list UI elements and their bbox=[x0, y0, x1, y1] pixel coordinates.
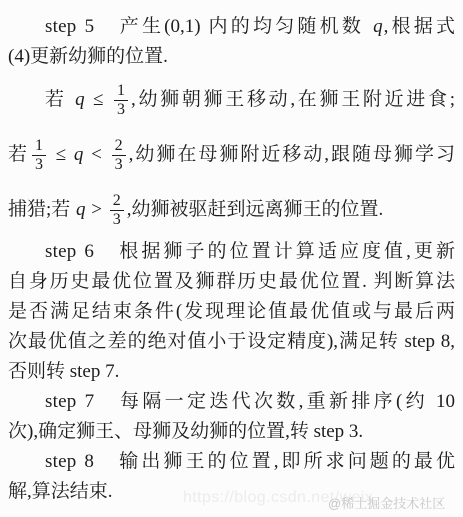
text-run: 次最优值之差的绝对值小于设定精度),满足转 step 8, bbox=[8, 331, 455, 352]
text-run: 若 bbox=[45, 89, 74, 110]
text-run: 每隔一定迭代次数,重新排序(约 10 bbox=[94, 391, 455, 412]
text-line: step 8 输出狮王的位置,即所求问题的最优 bbox=[8, 447, 455, 477]
text-run: 若 bbox=[8, 144, 29, 165]
math-operator: ≤ bbox=[86, 89, 111, 110]
text-line: 若 q ≤ 13,幼狮朝狮王移动,在狮王附近进食; bbox=[8, 72, 455, 127]
paper-page: step 5 产生(0,1) 内的均匀随机数 q,根据式 (4)更新幼狮的位置.… bbox=[0, 0, 463, 517]
text-run: ,幼狮朝狮王移动,在狮王附近进食; bbox=[131, 89, 455, 110]
math-variable: q bbox=[75, 199, 87, 220]
fraction: 13 bbox=[32, 137, 46, 174]
fraction-numerator: 1 bbox=[32, 137, 46, 156]
text-line: 是否满足结束条件(发现理论值最优值或与最后两 bbox=[8, 297, 455, 327]
text-run: ,幼狮被驱赶到远离狮王的位置. bbox=[127, 199, 384, 220]
text-run: 自身历史最优位置及狮群历史最优位置. 判断算法 bbox=[8, 271, 455, 292]
text-run: 是否满足结束条件(发现理论值最优值或与最后两 bbox=[8, 301, 455, 322]
math-operator: > bbox=[87, 199, 107, 220]
fraction: 23 bbox=[110, 192, 124, 229]
fraction-numerator: 2 bbox=[110, 192, 124, 211]
text-line: step 5 产生(0,1) 内的均匀随机数 q,根据式 bbox=[8, 12, 455, 42]
fraction-denominator: 3 bbox=[112, 156, 126, 174]
step-label: step 6 bbox=[45, 241, 94, 262]
text-line: 次最优值之差的绝对值小于设定精度),满足转 step 8, bbox=[8, 327, 455, 357]
text-run: ,幼狮在母狮附近移动,跟随母狮学习 bbox=[129, 144, 455, 165]
text-line: (4)更新幼狮的位置. bbox=[8, 42, 455, 72]
text-run: 根据狮子的位置计算适应度值,更新 bbox=[94, 241, 455, 262]
math-variable: q bbox=[74, 89, 86, 110]
text-run: (4)更新幼狮的位置. bbox=[8, 46, 168, 67]
math-operator: ≤ bbox=[49, 144, 73, 165]
text-run: 否则转 step 7. bbox=[8, 361, 119, 382]
text-run: 捕猎;若 bbox=[8, 199, 75, 220]
text-run: ,根据式 bbox=[384, 16, 455, 37]
fraction-numerator: 2 bbox=[112, 137, 126, 156]
math-operator: < bbox=[84, 144, 108, 165]
watermark-badge: @稀土掘金技术社区 bbox=[328, 493, 445, 512]
text-run: 解,算法结束. bbox=[8, 481, 113, 502]
text-line: step 7 每隔一定迭代次数,重新排序(约 10 bbox=[8, 387, 455, 417]
text-line: 捕猎;若 q > 23,幼狮被驱赶到远离狮王的位置. bbox=[8, 182, 455, 237]
step-label: step 8 bbox=[45, 451, 94, 472]
text-line: step 6 根据狮子的位置计算适应度值,更新 bbox=[8, 237, 455, 267]
text-line: 若13 ≤ q < 23,幼狮在母狮附近移动,跟随母狮学习 bbox=[8, 127, 455, 182]
step-label: step 5 bbox=[45, 16, 94, 37]
math-variable: q bbox=[372, 16, 384, 37]
text-line: 自身历史最优位置及狮群历史最优位置. 判断算法 bbox=[8, 267, 455, 297]
fraction-denominator: 3 bbox=[114, 101, 128, 119]
math-variable: q bbox=[73, 144, 85, 165]
step-label: step 7 bbox=[45, 391, 94, 412]
fraction: 23 bbox=[112, 137, 126, 174]
fraction: 13 bbox=[114, 82, 128, 119]
text-line: 次),确定狮王、母狮及幼狮的位置,转 step 3. bbox=[8, 417, 455, 447]
fraction-denominator: 3 bbox=[110, 211, 124, 229]
fraction-denominator: 3 bbox=[32, 156, 46, 174]
text-run: 次),确定狮王、母狮及幼狮的位置,转 step 3. bbox=[8, 421, 363, 442]
text-run: 产生(0,1) 内的均匀随机数 bbox=[94, 16, 372, 37]
text-run: 输出狮王的位置,即所求问题的最优 bbox=[94, 451, 455, 472]
fraction-numerator: 1 bbox=[114, 82, 128, 101]
text-line: 否则转 step 7. bbox=[8, 357, 455, 387]
